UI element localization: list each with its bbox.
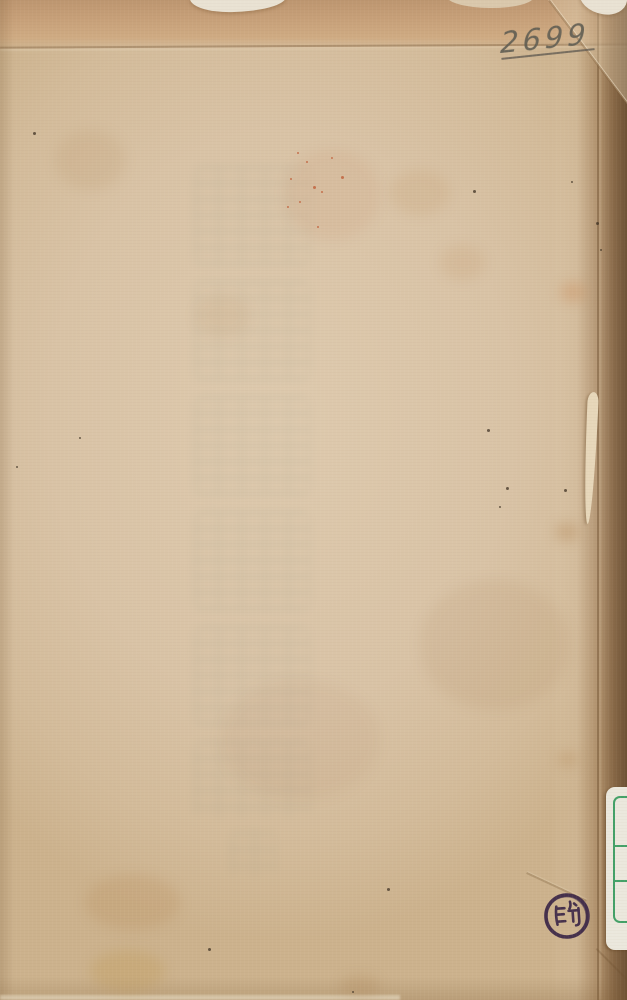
rust-speck [313,186,316,189]
speck [487,429,490,432]
speck [506,487,509,490]
edge-label-sticker [606,787,627,950]
bottom-edge-highlight [0,995,400,1000]
rust-speck [290,178,292,180]
sticker-grid-line [613,845,627,847]
stain [55,130,125,190]
rust-speck [287,206,289,208]
stain [85,875,180,930]
stain [420,580,570,710]
seal-stamp [534,884,600,950]
rust-speck [321,191,323,193]
stain [285,150,380,240]
stain [558,752,578,767]
speck [33,132,36,135]
ghost-character [229,831,277,877]
ghost-character [193,510,311,612]
stamp-character-in [555,901,579,927]
speck [499,506,501,508]
speck [208,948,211,951]
stain [195,295,250,337]
stain [90,950,165,992]
stain [390,170,450,215]
rust-speck [297,152,299,154]
rust-speck [331,157,333,159]
scanned-page: 2699 [0,0,627,1000]
speck [564,489,567,492]
speck [600,249,602,251]
ghost-character [193,395,311,497]
rust-speck [299,201,301,203]
speck [79,437,81,439]
speck [596,222,599,225]
stain [560,282,586,302]
stain [555,523,579,541]
stain [340,975,380,997]
sticker-grid-frame [613,796,627,923]
stain [220,680,380,800]
rust-speck [341,176,344,179]
speck [387,888,390,891]
speck [352,991,354,993]
speck [473,190,476,193]
speck [16,466,18,468]
speck [571,181,573,183]
rust-speck [317,226,319,228]
vertical-crease [597,0,599,1000]
stain [440,245,485,280]
sticker-grid-line [613,880,627,882]
rust-speck [306,161,308,163]
left-edge-shading [0,0,14,1000]
